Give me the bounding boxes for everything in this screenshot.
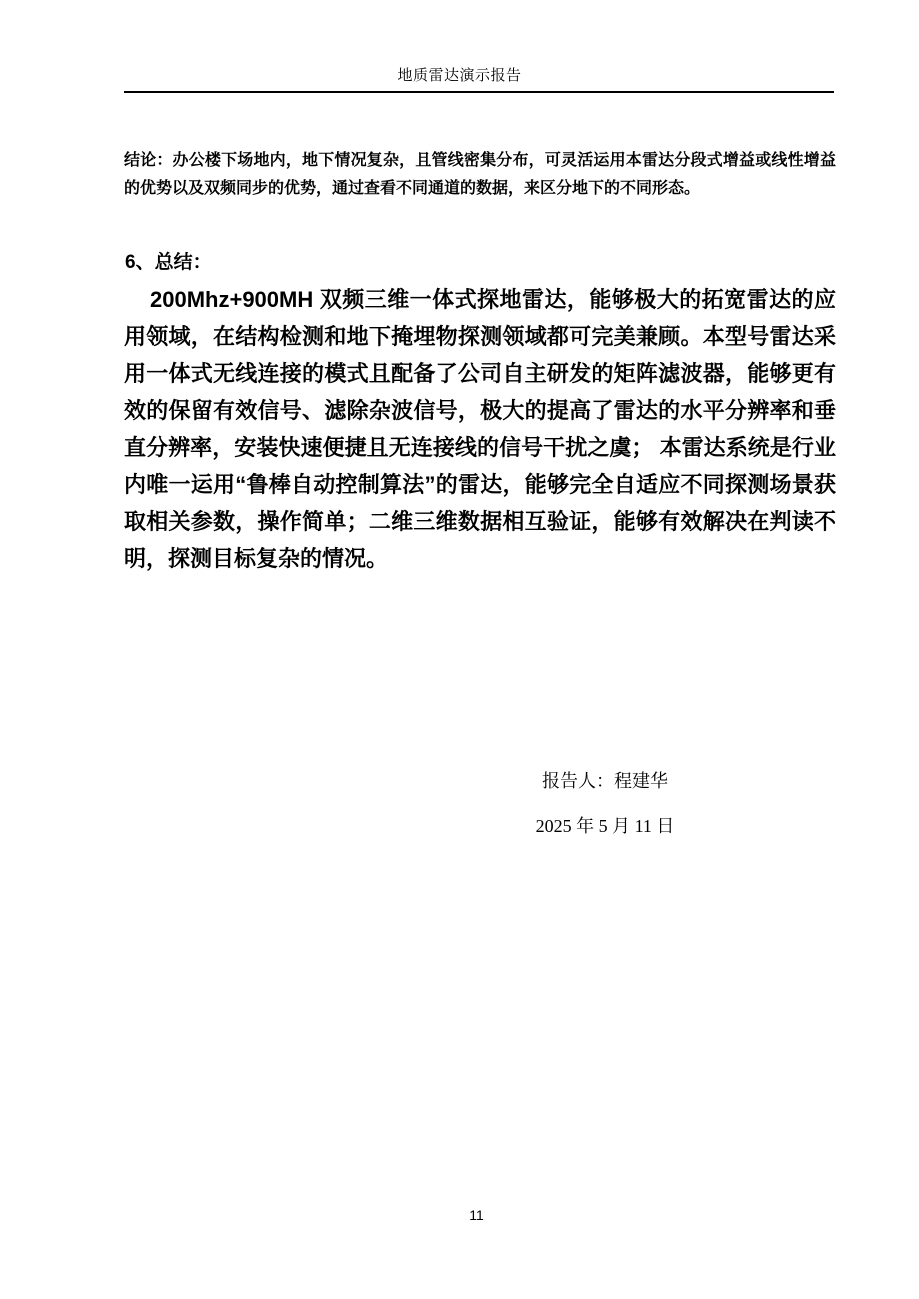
page-number: 11 [469, 1207, 484, 1223]
report-date-line: 2025 年 5 月 11 日 [350, 815, 860, 837]
header-rule [124, 91, 834, 93]
conclusion-paragraph: 结论：办公楼下场地内，地下情况复杂，且管线密集分布，可灵活运用本雷达分段式增益或… [124, 147, 836, 203]
document-page: 地质雷达演示报告 结论：办公楼下场地内，地下情况复杂，且管线密集分布，可灵活运用… [0, 0, 919, 1299]
page-footer: 11 [0, 1207, 919, 1225]
header-title: 地质雷达演示报告 [0, 64, 919, 85]
summary-paragraph: 200Mhz+900MH 双频三维一体式探地雷达，能够极大的拓宽雷达的应用领域，… [124, 281, 836, 577]
section-heading: 6、总结： [125, 247, 212, 274]
reporter-line: 报告人：程建华 [350, 770, 860, 792]
signature-block: 报告人：程建华 2025 年 5 月 11 日 [350, 770, 860, 837]
